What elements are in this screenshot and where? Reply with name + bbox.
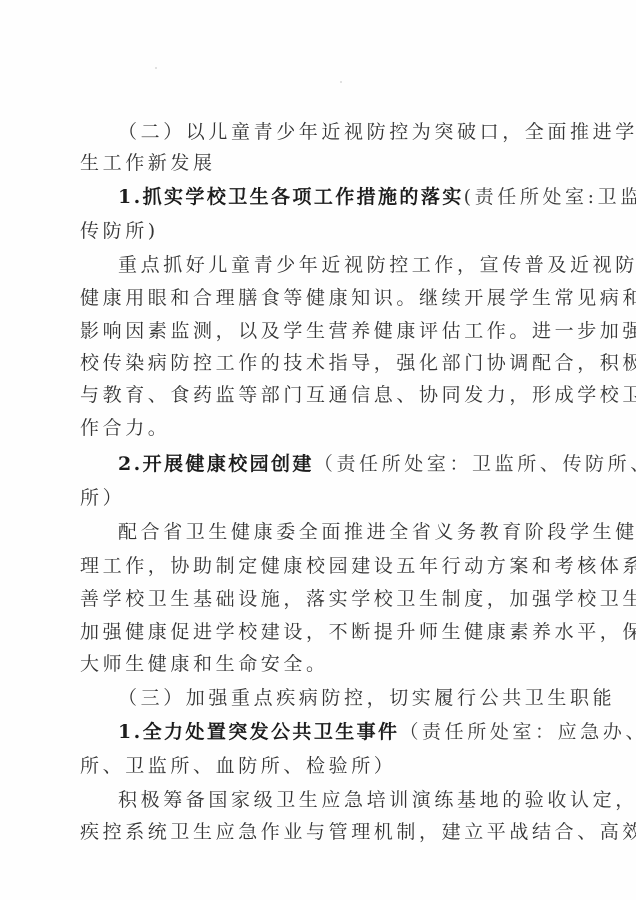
paragraph-line: 积极筹备国家级卫生应急培训演练基地的验收认定，完善: [118, 786, 636, 814]
paragraph-line: 大师生健康和生命安全。: [80, 650, 329, 678]
scan-speck: [340, 81, 342, 83]
section-3-heading: （三）加强重点疾病防控，切实履行公共卫生职能: [118, 684, 615, 712]
responsibility-note-cont: 传防所): [80, 217, 159, 245]
paragraph-line: 理工作，协助制定健康校园建设五年行动方案和考核体系，完: [80, 552, 636, 580]
section-2-heading-cont: 生工作新发展: [80, 149, 216, 177]
responsibility-note: （责任所处室：应急办、传防: [399, 721, 636, 743]
paragraph-line: 重点抓好儿童青少年近视防控工作，宣传普及近视防控、: [118, 251, 636, 279]
item-3-1-heading: 1.全力处置突发公共卫生事件（责任所处室：应急办、传防: [118, 718, 636, 746]
responsibility-note: (责任所处室:卫监所、: [464, 186, 636, 208]
paragraph-line: 疾控系统卫生应急作业与管理机制，建立平战结合、高效有序: [80, 818, 636, 846]
scan-speck: [155, 67, 157, 69]
paragraph-line: 影响因素监测，以及学生营养健康评估工作。进一步加强对学: [80, 317, 636, 345]
document-page: （二）以儿童青少年近视防控为突破口，全面推进学校卫 生工作新发展 1.抓实学校卫…: [0, 0, 636, 900]
item-2-1-heading: 1.抓实学校卫生各项工作措施的落实(责任所处室:卫监所、: [118, 183, 636, 211]
responsibility-note: （责任所处室：卫监所、传防所、健教: [314, 453, 636, 475]
paragraph-line: 作合力。: [80, 414, 170, 442]
paragraph-line: 加强健康促进学校建设，不断提升师生健康素养水平，保障广: [80, 618, 636, 646]
paragraph-line: 配合省卫生健康委全面推进全省义务教育阶段学生健康管: [118, 518, 636, 546]
item-2-2-heading: 2.开展健康校园创建（责任所处室：卫监所、传防所、健教: [118, 450, 636, 478]
paragraph-line: 校传染病防控工作的技术指导，强化部门协调配合，积极主动: [80, 349, 636, 377]
item-title: 1.抓实学校卫生各项工作措施的落实: [118, 186, 464, 208]
paragraph-line: 健康用眼和合理膳食等健康知识。继续开展学生常见病和健康: [80, 284, 636, 312]
responsibility-note-cont: 所）: [80, 484, 125, 512]
item-title: 1.全力处置突发公共卫生事件: [118, 721, 399, 743]
item-title: 2.开展健康校园创建: [118, 453, 314, 475]
paragraph-line: 善学校卫生基础设施，落实学校卫生制度，加强学校卫生监测，: [80, 585, 636, 613]
paragraph-line: 与教育、食药监等部门互通信息、协同发力，形成学校卫生工: [80, 381, 636, 409]
section-2-heading: （二）以儿童青少年近视防控为突破口，全面推进学校卫: [118, 118, 636, 146]
responsibility-note-cont: 所、卫监所、血防所、检验所）: [80, 752, 396, 780]
